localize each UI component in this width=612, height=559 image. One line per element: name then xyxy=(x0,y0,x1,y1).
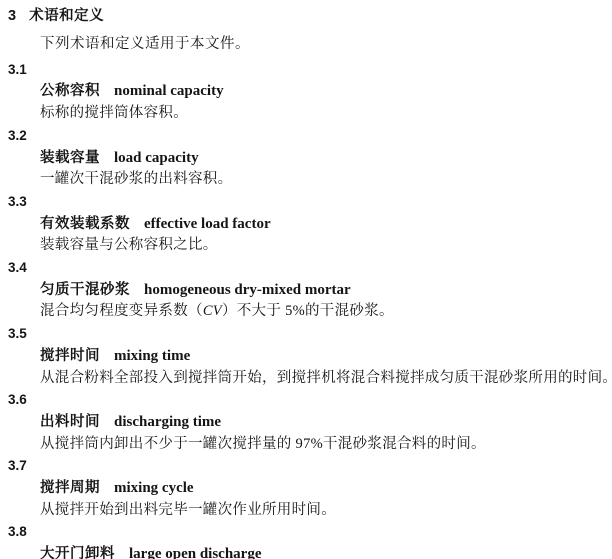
term-english: mixing cycle xyxy=(114,480,194,496)
term-english: homogeneous dry-mixed mortar xyxy=(144,282,351,298)
term-english: load capacity xyxy=(114,150,199,166)
term-chinese: 搅拌周期 xyxy=(40,480,100,496)
term-block: 3.8 大开门卸料large open discharge xyxy=(8,521,604,559)
term-chinese: 出料时间 xyxy=(40,414,100,430)
term-block: 3.6 出料时间discharging time 从搅拌筒内卸出不少于一罐次搅拌… xyxy=(8,389,604,455)
term-line: 搅拌时间mixing time xyxy=(8,345,604,368)
term-block: 3.4 匀质干混砂浆homogeneous dry-mixed mortar 混… xyxy=(8,257,604,323)
section-number: 3 xyxy=(8,6,16,27)
section-heading: 3术语和定义 xyxy=(8,6,604,27)
term-english: nominal capacity xyxy=(114,83,224,99)
term-chinese: 公称容积 xyxy=(40,83,100,99)
term-chinese: 装载容量 xyxy=(40,150,100,166)
document-page: 3术语和定义 下列术语和定义适用于本文件。 3.1 公称容积nominal ca… xyxy=(0,0,612,559)
term-english: effective load factor xyxy=(144,216,271,232)
term-line: 搅拌周期mixing cycle xyxy=(8,477,604,500)
term-line: 装载容量load capacity xyxy=(8,147,604,170)
clause-number: 3.1 xyxy=(8,59,604,81)
term-line: 有效装载系数effective load factor xyxy=(8,213,604,236)
term-definition: 从混合粉料全部投入到搅拌筒开始，到搅拌机将混合料搅拌成匀质干混砂浆所用的时间。 xyxy=(8,368,604,390)
section-title: 术语和定义 xyxy=(29,8,104,24)
clause-number: 3.6 xyxy=(8,389,604,411)
clause-number: 3.7 xyxy=(8,455,604,477)
definition-text: 混合均匀程度变异系数（ xyxy=(40,303,203,319)
term-chinese: 匀质干混砂浆 xyxy=(40,282,130,298)
intro-paragraph: 下列术语和定义适用于本文件。 xyxy=(8,34,604,56)
term-block: 3.3 有效装载系数effective load factor 装载容量与公称容… xyxy=(8,191,604,257)
term-definition: 标称的搅拌筒体容积。 xyxy=(8,103,604,125)
definition-text: ）不大于 5%的干混砂浆。 xyxy=(222,303,394,319)
term-line: 大开门卸料large open discharge xyxy=(8,543,604,559)
term-definition: 混合均匀程度变异系数（CV）不大于 5%的干混砂浆。 xyxy=(8,301,604,323)
cv-symbol: CV xyxy=(203,303,222,319)
clause-number: 3.3 xyxy=(8,191,604,213)
term-english: discharging time xyxy=(114,414,221,430)
term-block: 3.7 搅拌周期mixing cycle 从搅拌开始到出料完毕一罐次作业所用时间… xyxy=(8,455,604,521)
term-block: 3.1 公称容积nominal capacity 标称的搅拌筒体容积。 xyxy=(8,59,604,125)
term-line: 出料时间discharging time xyxy=(8,411,604,434)
term-english: large open discharge xyxy=(129,546,262,559)
term-english: mixing time xyxy=(114,348,190,364)
clause-number: 3.5 xyxy=(8,323,604,345)
term-chinese: 搅拌时间 xyxy=(40,348,100,364)
term-block: 3.2 装载容量load capacity 一罐次干混砂浆的出料容积。 xyxy=(8,125,604,191)
clause-number: 3.4 xyxy=(8,257,604,279)
term-chinese: 有效装载系数 xyxy=(40,216,130,232)
term-definition: 一罐次干混砂浆的出料容积。 xyxy=(8,169,604,191)
term-line: 公称容积nominal capacity xyxy=(8,80,604,103)
term-chinese: 大开门卸料 xyxy=(40,546,115,559)
clause-number: 3.8 xyxy=(8,521,604,543)
term-line: 匀质干混砂浆homogeneous dry-mixed mortar xyxy=(8,279,604,302)
term-definition: 装载容量与公称容积之比。 xyxy=(8,235,604,257)
term-block: 3.5 搅拌时间mixing time 从混合粉料全部投入到搅拌筒开始，到搅拌机… xyxy=(8,323,604,389)
term-definition: 从搅拌开始到出料完毕一罐次作业所用时间。 xyxy=(8,500,604,522)
term-definition: 从搅拌筒内卸出不少于一罐次搅拌量的 97%干混砂浆混合料的时间。 xyxy=(8,434,604,456)
clause-number: 3.2 xyxy=(8,125,604,147)
